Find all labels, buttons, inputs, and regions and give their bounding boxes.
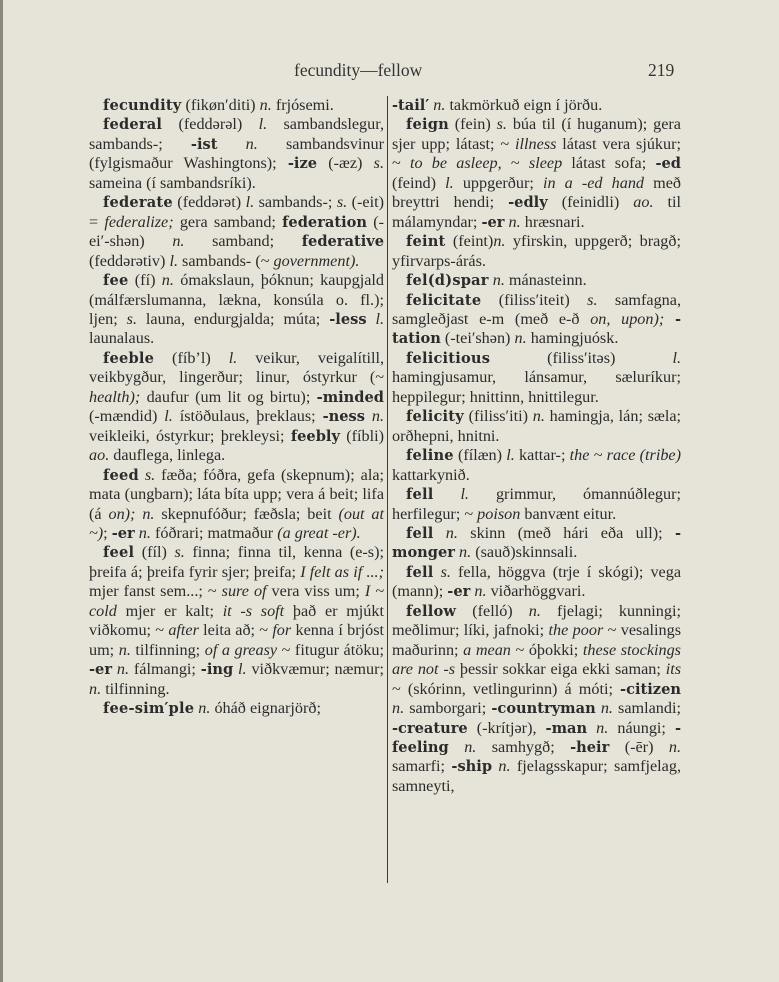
definition-text: (feddərəl) [162,115,258,133]
derived-form: -edly [508,194,548,211]
dictionary-entry: fee-sim′ple n. óháð eignarjörð; [89,699,384,718]
italic-text: it -s soft [223,602,284,620]
italic-text: l. [238,660,247,678]
derived-form: feebly [291,428,340,445]
definition-text: ~ fitugur átöku; [277,641,384,659]
column-divider [387,96,388,883]
italic-text: n. [117,660,129,678]
headword: fell [406,564,433,581]
definition-text: (fí) [128,271,161,289]
dictionary-entry: fell l. grimmur, ómannúðlegur; herfilegu… [392,485,681,524]
definition-text: fálmangi; [129,660,201,678]
italic-text: l. [460,485,469,503]
dictionary-entry: feel (fíl) s. finna; finna til, kenna (e… [89,543,384,699]
italic-text: n. [474,582,486,600]
definition-text: sambands- (~ [178,252,274,270]
italic-text: s. [127,310,137,328]
definition-text: (-tei′shən) [441,329,515,347]
italic-text: n. [515,329,527,347]
italic-text: n. [498,757,510,775]
derived-form: -ness [323,408,365,425]
italic-text: n. [172,232,184,250]
definition-text: samborgari; [404,699,491,717]
dictionary-entry: felicitate (filiss′iteit) s. samfagna, s… [392,291,681,349]
derived-form: -creature [392,720,468,737]
definition-text [433,563,440,581]
derived-form: -minded [317,389,384,406]
italic-text: health); [89,388,140,406]
italic-text: l. [506,446,515,464]
italic-text: n. [446,524,458,542]
italic-text: s. [497,115,507,133]
italic-text: l. [229,349,238,367]
italic-text: n. [669,738,681,756]
definition-text: kattar-; [515,446,570,464]
italic-text: n. [529,602,541,620]
derived-form: federation [282,214,367,231]
italic-text: l. [445,174,454,192]
italic-text: of a greasy [205,641,277,659]
headword: fell [406,486,433,503]
dictionary-entry: feline (fílæn) l. kattar-; the ~ race (t… [392,446,681,485]
definition-text: viðarhöggvari. [487,582,586,600]
definition-text: skepnufóður; fæðsla; beit [154,505,338,523]
italic-text: n. [246,135,258,153]
derived-form: -er [112,525,135,542]
definition-text: samhygð; [476,738,570,756]
italic-text: ao. [633,193,653,211]
headword: fee [103,272,128,289]
italic-text: n. [433,96,445,114]
italic-text: n. [533,407,545,425]
definition-text: hamingjuósk. [527,329,619,347]
italic-text: n. [392,699,404,717]
headword: feign [406,116,449,133]
definition-text: samband; [184,232,301,250]
definition-text: (fíl) [134,543,174,561]
italic-text: n. [119,641,131,659]
definition-text: gera samband; [174,213,283,231]
definition-text: vera viss um; [267,582,365,600]
dictionary-entry: federate (feddərət) l. sambands-; s. (-e… [89,193,384,271]
headword: fee-sim′ple [103,700,194,717]
definition-text: (filiss′iti) [464,407,533,425]
dictionary-entry: fellow (felló) n. fjelagi; kunningi; með… [392,602,681,797]
definition-text: skinn (með hári eða ull); [458,524,675,542]
definition-text: samlandi; [613,699,681,717]
italic-text: n. [596,719,608,737]
italic-text: on); [108,505,135,523]
definition-text: mjer er kalt; [117,602,223,620]
derived-form: -ist [191,136,218,153]
definition-text: ; [103,524,112,542]
dictionary-entry: felicity (filiss′iti) n. hamingja, lán; … [392,407,681,446]
italic-text: l. [164,407,173,425]
italic-text: l. [246,193,255,211]
definition-text: mánasteinn. [505,271,587,289]
definition-text: ~ (skórinn, vetlingurinn) á móti; [392,680,620,698]
headword: feel [103,544,134,561]
italic-text: s. [587,291,597,309]
italic-text: n. [260,96,272,114]
derived-form: -er [89,661,112,678]
definition-text: (fíb’l) [154,349,229,367]
italic-text: n. [601,699,613,717]
derived-form: -man [546,720,588,737]
derived-form: -countryman [491,700,595,717]
italic-text: s. [337,193,347,211]
headword: feint [406,233,445,250]
definition-text: viðkvæmur; næmur; [247,660,384,678]
running-head-title: fecundity—fellow [294,60,422,81]
derived-form: -ing [201,661,233,678]
dictionary-entry: feed s. fæða; fóðra, gefa (skepnum); ala… [89,466,384,544]
definition-text: (feinidli) [548,193,634,211]
headword: feeble [103,350,154,367]
italic-text: n. [198,699,210,717]
italic-text: n. [139,524,151,542]
italic-text: federalize; [104,213,173,231]
definition-text [433,524,445,542]
derived-form: -heir [570,739,609,756]
italic-text: s. [374,154,384,172]
headword: fell [406,525,433,542]
definition-text: hræsnari. [521,213,585,231]
italic-text: on, upon); [590,310,664,328]
definition-text: takmörkuð eign í jörðu. [445,96,602,114]
derived-form: -ize [288,155,317,172]
dictionary-entry: fel(d)spar n. mánasteinn. [392,271,681,290]
headword: felicitate [406,292,481,309]
definition-text: (-æz) [317,154,374,172]
italic-text: for [272,621,291,639]
italic-text: in a -ed hand [543,174,644,192]
running-head: fecundity—fellow 219 [0,60,779,84]
derived-form: -er [447,583,470,600]
definition-text: (feddərət) [173,193,246,211]
italic-text: I felt as if ...; [300,563,384,581]
italic-text: poison [477,505,520,523]
italic-text: n. [464,738,476,756]
italic-text: the ~ race (tribe) [570,446,681,464]
right-column: -tail′ n. takmörkuð eign í jörðu.feign (… [392,96,681,796]
headword: feline [406,447,454,464]
italic-text: s. [441,563,451,581]
definition-text: hamingjusamur, lánsamur, sæluríkur; hepp… [392,368,681,405]
definition-text: tilfinning. [101,680,169,698]
definition-text: mjer fanst sem...; ~ [89,582,222,600]
definition-text: veikleiki, óstyrkur; þrekleysi; [89,427,291,445]
definition-text: (-ēr) [609,738,669,756]
italic-text: government). [274,252,360,270]
definition-text: uppgerður; [454,174,543,192]
italic-text: illness [515,135,556,153]
dictionary-entry: feint (feint)n. yfirskin, uppgerð; bragð… [392,232,681,271]
definition-text: daufur (um lit og birtu); [140,388,316,406]
italic-text: n. [509,213,521,231]
definition-text: (feddərətiv) [89,252,169,270]
italic-text: ao. [89,446,109,464]
left-column: fecundity (fikøn′diti) n. frjósemi.feder… [89,96,384,719]
derived-form: -citizen [620,681,681,698]
definition-text [587,719,596,737]
definition-text: tilfinning; [131,641,205,659]
definition-text: launalaus. [89,329,154,347]
dictionary-entry: federal (feddərəl) l. sambandslegur, sam… [89,115,384,193]
definition-text: ístöðulaus, þreklaus; [173,407,323,425]
definition-text [449,738,464,756]
page-edge [0,0,3,982]
definition-text: sambands-; [254,193,337,211]
derived-form: -tail′ [392,97,429,114]
definition-text: frjósemi. [272,96,334,114]
definition-text [217,135,245,153]
headword: fecundity [103,97,181,114]
definition-text: (fikøn′diti) [181,96,259,114]
italic-text: n. [162,271,174,289]
definition-text: óháð eignarjörð; [210,699,321,717]
definition-text: leita að; ~ [199,621,272,639]
italic-text: to be asleep, [410,154,502,172]
italic-text: sleep [529,154,562,172]
definition-text: sameina (í sambandsríki). [89,174,256,192]
headword: felicity [406,408,464,425]
italic-text: l. [375,310,384,328]
definition-text: þessir sokkar eiga ekki saman; [455,660,666,678]
definition-text [664,310,675,328]
definition-text: ~ óþokki; [511,641,583,659]
definition-text: náungi; [608,719,675,737]
dictionary-entry: fell s. fella, höggva (trje í skógi); ve… [392,563,681,602]
headword: feed [103,467,139,484]
dictionary-entry: fell n. skinn (með hári eða ull); -monge… [392,524,681,563]
definition-text: ~ [502,154,529,172]
definition-text: (sauð)skinnsali. [471,543,577,561]
definition-text: samarfi; [392,757,451,775]
italic-text: s. [174,543,184,561]
dictionary-entry: feeble (fíb’l) l. veikur, veigalítill, v… [89,349,384,466]
definition-text [433,485,460,503]
italic-text: s. [145,466,155,484]
definition-text: (-mændid) [89,407,164,425]
italic-text: after [168,621,199,639]
definition-text: kattarkynið. [392,466,470,484]
italic-text: n. [89,680,101,698]
derived-form: -ship [451,758,492,775]
dictionary-entry: fee (fí) n. ómakslaun, þóknun; kaupgjald… [89,271,384,349]
definition-text: (feind) [392,174,445,192]
derived-form: -er [481,214,504,231]
definition-text: (-krítjər), [468,719,546,737]
derived-form: -less [329,311,366,328]
headword: felicitious [406,350,490,367]
definition-text: (feint) [445,232,493,250]
definition-text: fóðrari; matmaður [151,524,277,542]
dictionary-entry: feign (fein) s. búa til (í huganum); ger… [392,115,681,232]
italic-text: n. [493,271,505,289]
definition-text: launa, endurgjalda; múta; [137,310,329,328]
dictionary-entry-continuation: -tail′ n. takmörkuð eign í jörðu. [392,96,681,115]
italic-text: its [666,660,681,678]
page-number: 219 [648,60,674,81]
definition-text: látast sofa; [562,154,655,172]
italic-text: n. [142,505,154,523]
definition-text: banvænt eitur. [520,505,616,523]
italic-text: n. [459,543,471,561]
headword: fellow [406,603,456,620]
definition-text: (fílæn) [454,446,507,464]
headword: fel(d)spar [406,272,489,289]
derived-form: -ed [655,155,681,172]
definition-text [365,407,372,425]
italic-text: a mean [463,641,511,659]
headword: federal [103,116,162,133]
italic-text: n. [493,232,505,250]
italic-text: n. [372,407,384,425]
italic-text: l. [259,115,268,133]
italic-text: sure of [222,582,267,600]
italic-text: l. [672,349,681,367]
headword: federate [103,194,173,211]
definition-text: (filiss′iteit) [481,291,587,309]
definition-text: (felló) [456,602,529,620]
definition-text: dauflega, linlega. [109,446,225,464]
dictionary-entry: fecundity (fikøn′diti) n. frjósemi. [89,96,384,115]
italic-text: (a great -er). [277,524,360,542]
dictionary-entry: felicitious (filiss′itəs) l. hamingjusam… [392,349,681,407]
derived-form: federative [302,233,384,250]
definition-text: (fíbli) [340,427,384,445]
definition-text: (fein) [449,115,497,133]
italic-text: l. [169,252,178,270]
italic-text: the poor [549,621,604,639]
definition-text: (filiss′itəs) [490,349,672,367]
